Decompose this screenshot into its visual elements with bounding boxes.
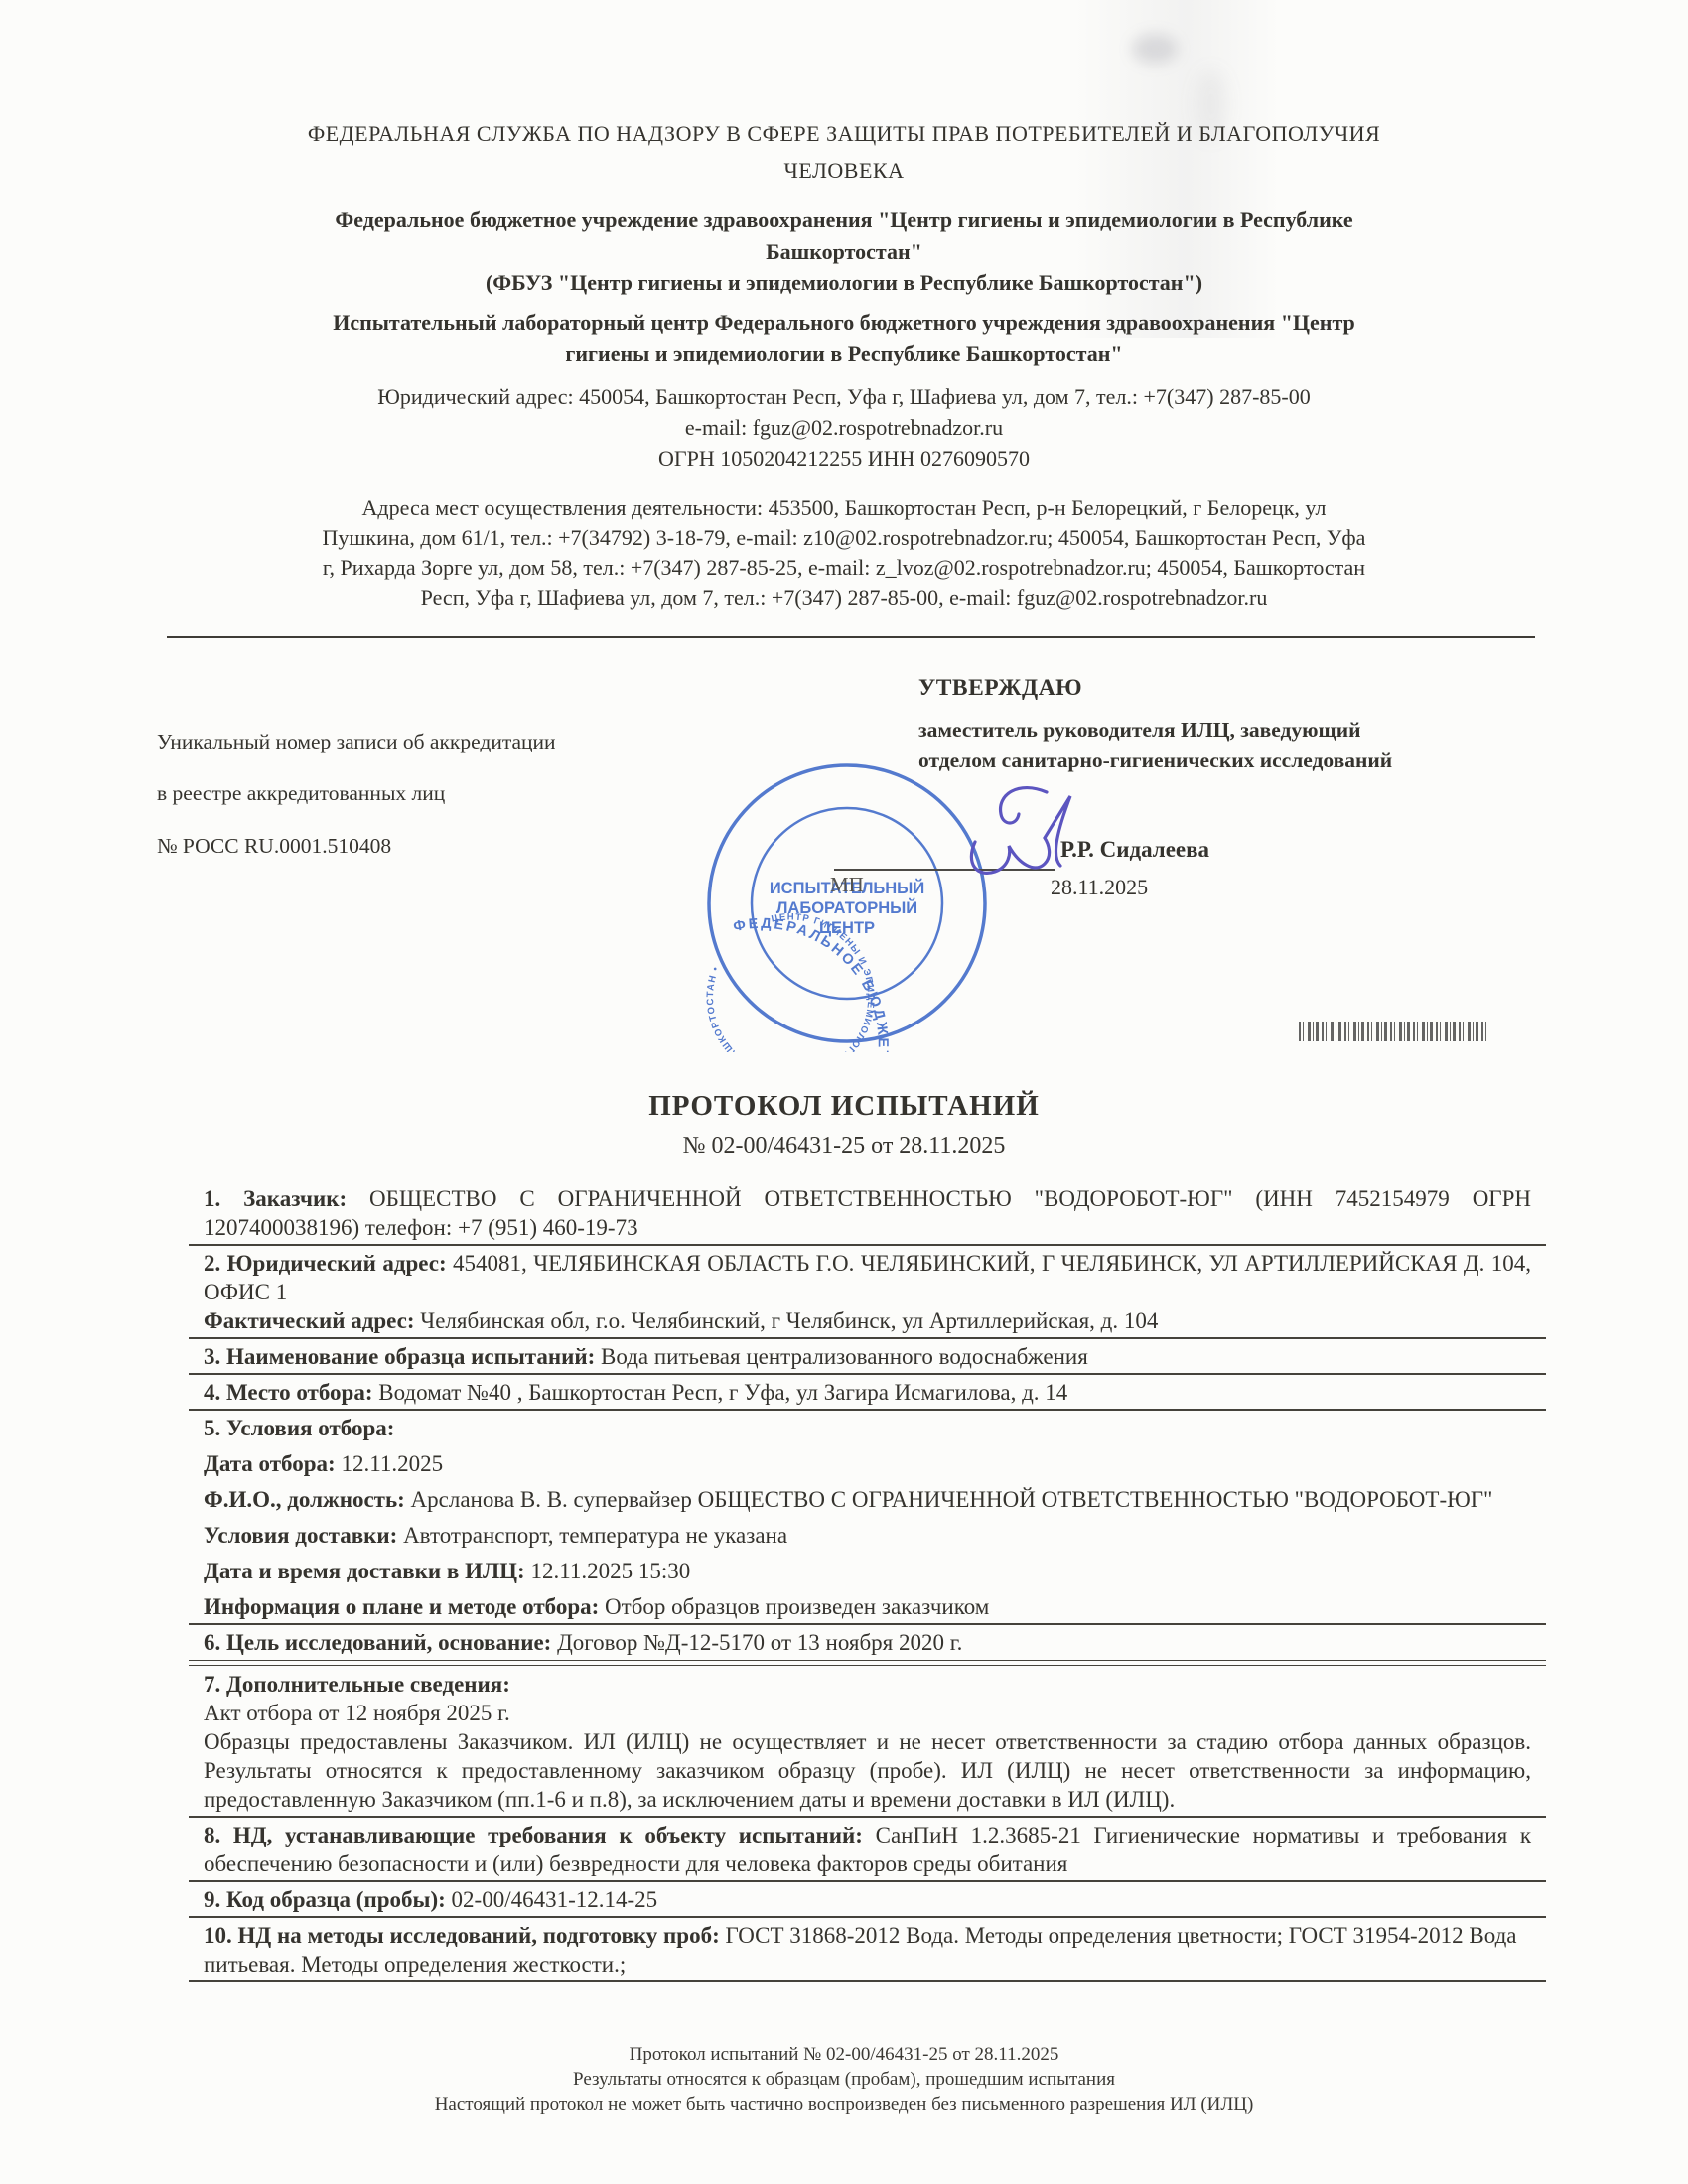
section-divider [189,1337,1546,1339]
section-6-value: Договор №Д-12-5170 от 13 ноября 2020 г. [557,1630,962,1655]
letterhead: ФЕДЕРАЛЬНАЯ СЛУЖБА ПО НАДЗОРУ В СФЕРЕ ЗА… [169,115,1519,613]
sampler-fio-value: Арсланова В. В. супервайзер ОБЩЕСТВО С О… [411,1487,1493,1512]
delivery-conditions-row: Условия доставки: Автотранспорт, темпера… [204,1521,1531,1550]
section-divider [189,1816,1546,1818]
accreditation-note: Уникальный номер записи об аккредитации … [157,705,556,883]
section-2-actual-address: Фактический адрес: Челябинская обл, г.о.… [204,1306,1531,1335]
section-4-sampling-place: 4. Место отбора: Водомат №40 , Башкортос… [204,1378,1531,1407]
sampling-date-value: 12.11.2025 [341,1451,443,1476]
section-7-act-line: Акт отбора от 12 ноября 2025 г. [204,1699,1531,1727]
sampling-date-row: Дата отбора: 12.11.2025 [204,1449,1531,1478]
section-3-value: Вода питьевая централизованного водоснаб… [601,1344,1088,1369]
organization-full-name: Федеральное бюджетное учреждение здравоо… [169,205,1519,268]
approval-date: 28.11.2025 [1051,875,1148,900]
delivery-datetime-label: Дата и время доставки в ИЛЦ: [204,1559,525,1583]
stamp-center-line-3: ЦЕНТР [819,919,875,937]
section-10-methods: 10. НД на методы исследований, подготовк… [204,1921,1531,1979]
footer-results-note: Результаты относятся к образцам (пробам)… [0,2067,1688,2092]
legal-address-line: Юридический адрес: 450054, Башкортостан … [169,381,1519,412]
section-divider [189,1409,1546,1411]
section-6-purpose: 6. Цель исследований, основание: Договор… [204,1628,1531,1657]
section-divider-double [189,1660,1546,1666]
ogrn-inn-line: ОГРН 1050204212255 ИНН 0276090570 [169,443,1519,474]
scan-artifact-spot [1132,34,1178,64]
accreditation-line-1: Уникальный номер записи об аккредитации [157,727,556,757]
section-9-sample-code: 9. Код образца (пробы): 02-00/46431-12.1… [204,1885,1531,1914]
title-block: ПРОТОКОЛ ИСПЫТАНИЙ № 02-00/46431-25 от 2… [0,1090,1688,1160]
section-3-sample-name: 3. Наименование образца испытаний: Вода … [204,1342,1531,1371]
section-8-label: 8. НД, устанавливающие требования к объе… [204,1823,863,1847]
section-divider [189,1623,1546,1625]
federal-service-title: ФЕДЕРАЛЬНАЯ СЛУЖБА ПО НАДЗОРУ В СФЕРЕ ЗА… [169,115,1519,189]
footer-protocol-ref: Протокол испытаний № 02-00/46431-25 от 2… [0,2042,1688,2067]
section-2-legal-address: 2. Юридический адрес: 454081, ЧЕЛЯБИНСКА… [204,1249,1531,1306]
actual-address-value: Челябинская обл, г.о. Челябинский, г Чел… [420,1308,1158,1333]
section-divider [189,1880,1546,1882]
sampler-fio-label: Ф.И.О., должность: [204,1487,405,1512]
page-footer: Протокол испытаний № 02-00/46431-25 от 2… [0,2042,1688,2116]
sampling-plan-row: Информация о плане и методе отбора: Отбо… [204,1592,1531,1621]
section-4-value: Водомат №40 , Башкортостан Респ, г Уфа, … [378,1380,1067,1405]
section-1-label: 1. Заказчик: [204,1186,347,1211]
section-divider [189,1244,1546,1246]
footer-reproduction-note: Настоящий протокол не может быть частичн… [0,2092,1688,2116]
mp-label: МП [830,873,864,897]
section-7-heading: 7. Дополнительные сведения: [204,1670,1531,1699]
approver-role-line-1: заместитель руководителя ИЛЦ, заведующий [918,715,1392,746]
section-10-label: 10. НД на методы исследований, подготовк… [204,1923,720,1948]
organization-short-name: (ФБУЗ "Центр гигиены и эпидемиологии в Р… [169,268,1519,298]
protocol-document-page: ФЕДЕРАЛЬНАЯ СЛУЖБА ПО НАДЗОРУ В СФЕРЕ ЗА… [0,0,1688,2184]
section-divider [189,1916,1546,1918]
accreditation-number: № РОСС RU.0001.510408 [157,831,556,862]
actual-address-label: Фактический адрес: [204,1308,415,1333]
section-5-heading: 5. Условия отбора: [204,1414,1531,1442]
delivery-conditions-value: Автотранспорт, температура не указана [403,1523,787,1548]
delivery-datetime-value: 12.11.2025 15:30 [530,1559,690,1583]
stamp-center-line-2: ЛАБОРАТОРНЫЙ [776,898,917,917]
sampler-fio-row: Ф.И.О., должность: Арсланова В. В. супер… [204,1485,1531,1514]
sampling-plan-value: Отбор образцов произведен заказчиком [605,1594,989,1619]
section-1-value: ОБЩЕСТВО С ОГРАНИЧЕННОЙ ОТВЕТСТВЕННОСТЬЮ… [204,1186,1531,1240]
section-6-label: 6. Цель исследований, основание: [204,1630,551,1655]
header-divider-line [167,636,1535,638]
delivery-conditions-label: Условия доставки: [204,1523,397,1548]
protocol-body: 1. Заказчик: ОБЩЕСТВО С ОГРАНИЧЕННОЙ ОТВ… [204,1184,1531,1985]
document-title: ПРОТОКОЛ ИСПЫТАНИЙ [0,1090,1688,1123]
section-divider [189,1373,1546,1375]
sampling-date-label: Дата отбора: [204,1451,336,1476]
round-seal-stamp: ФЕДЕРАЛЬНОЕ БЮДЖЕТНОЕ УЧРЕЖДЕНИЕ ЗДРАВОО… [698,754,996,1052]
section-9-label: 9. Код образца (пробы): [204,1887,446,1912]
section-9-value: 02-00/46431-12.14-25 [452,1887,658,1912]
section-8-requirements: 8. НД, устанавливающие требования к объе… [204,1821,1531,1878]
section-divider [189,1980,1546,1982]
delivery-datetime-row: Дата и время доставки в ИЛЦ: 12.11.2025 … [204,1557,1531,1585]
section-2-label: 2. Юридический адрес: [204,1251,447,1276]
laboratory-center-name: Испытательный лабораторный центр Федерал… [169,307,1519,370]
activity-addresses: Адреса мест осуществления деятельности: … [169,493,1519,613]
approval-title: УТВЕРЖДАЮ [918,673,1392,703]
accreditation-line-2: в реестре аккредитованных лиц [157,778,556,809]
sampling-plan-label: Информация о плане и методе отбора: [204,1594,599,1619]
section-4-label: 4. Место отбора: [204,1380,373,1405]
section-7-disclaimer: Образцы предоставлены Заказчиком. ИЛ (ИЛ… [204,1727,1531,1814]
barcode [1299,1022,1487,1041]
document-number: № 02-00/46431-25 от 28.11.2025 [0,1133,1688,1160]
signer-name: Р.Р. Сидалеева [1060,837,1209,863]
email-line: e-mail: fguz@02.rospotrebnadzor.ru [169,412,1519,443]
handwritten-signature [959,780,1078,880]
section-3-label: 3. Наименование образца испытаний: [204,1344,595,1369]
section-1-customer: 1. Заказчик: ОБЩЕСТВО С ОГРАНИЧЕННОЙ ОТВ… [204,1184,1531,1242]
